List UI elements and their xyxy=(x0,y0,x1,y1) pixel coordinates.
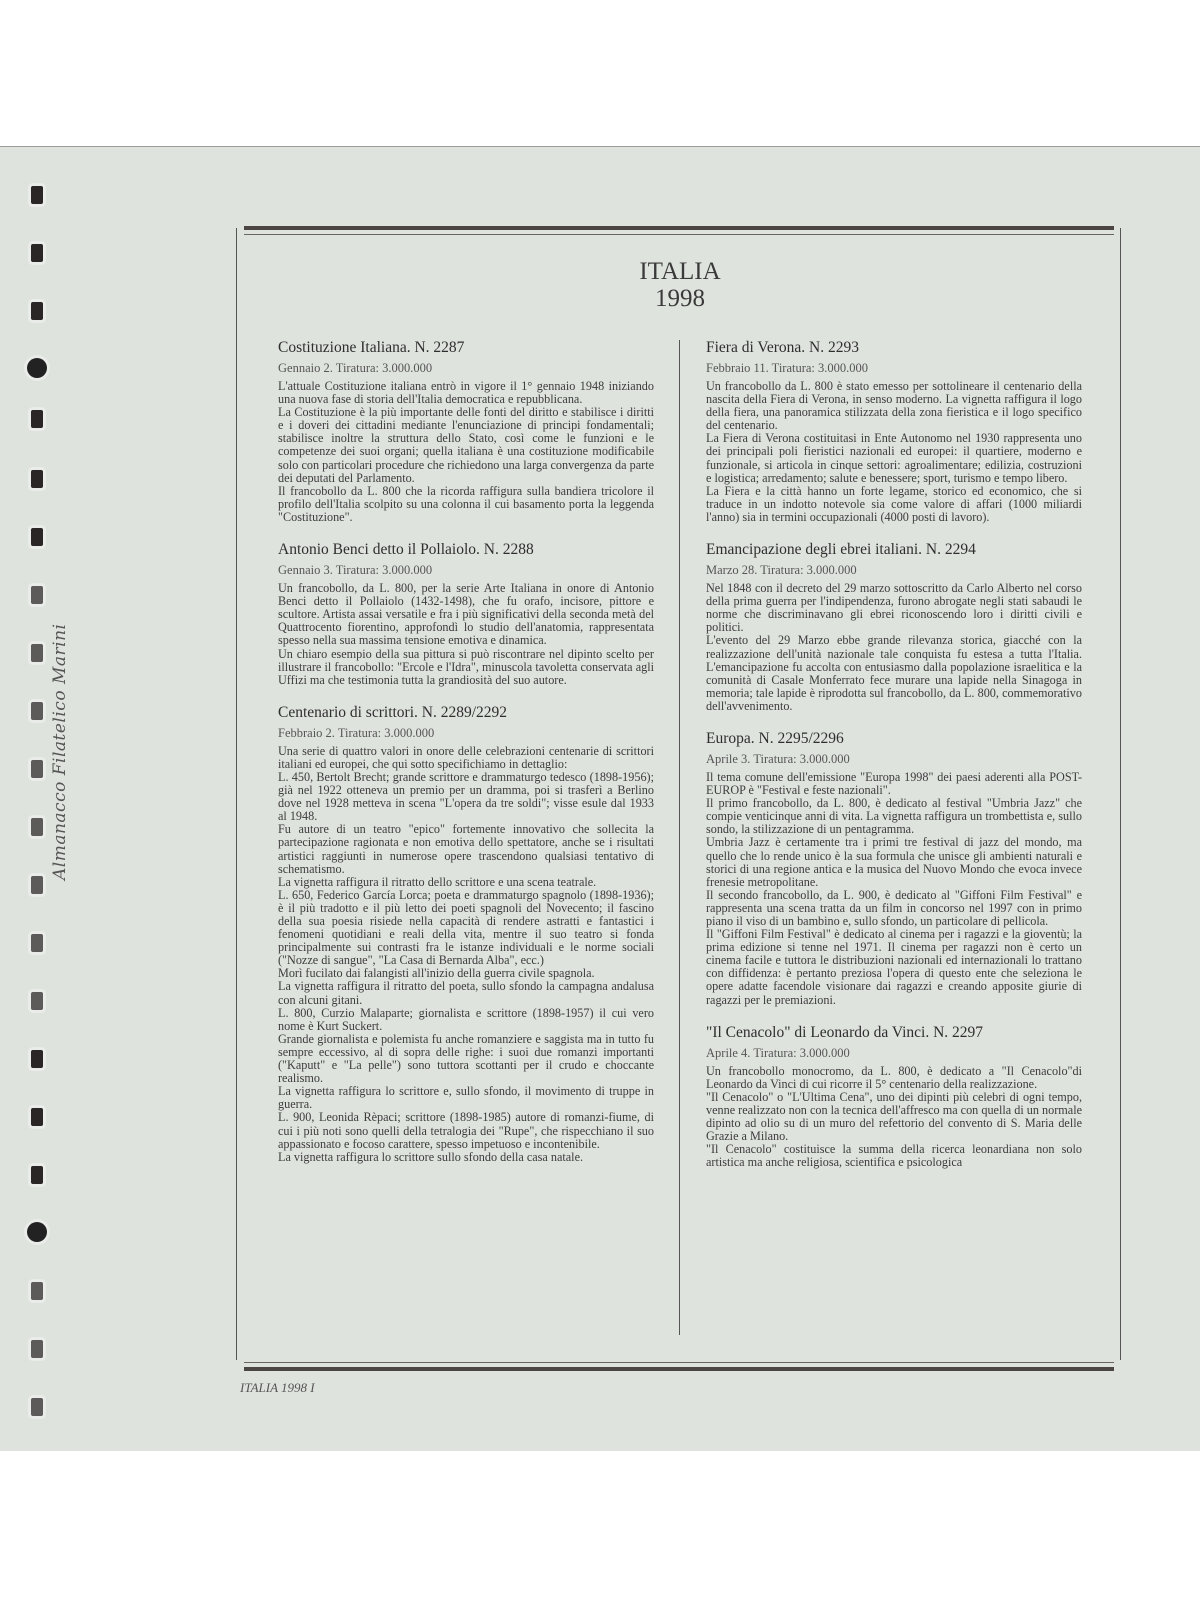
top-rule-thin xyxy=(244,234,1114,235)
issue-title: Fiera di Verona. N. 2293 xyxy=(706,338,1082,357)
description-paragraph: Il tema comune dell'emissione "Europa 19… xyxy=(706,771,1082,797)
description-paragraph: L'attuale Costituzione italiana entrò in… xyxy=(278,380,654,406)
binder-hole xyxy=(31,702,43,720)
issue-title: Europa. N. 2295/2296 xyxy=(706,729,1082,748)
issue-date-print-run: Marzo 28. Tiratura: 3.000.000 xyxy=(706,562,1082,578)
bottom-rule xyxy=(244,1367,1114,1371)
issue-description: Un francobollo monocromo, da L. 800, è d… xyxy=(706,1065,1082,1170)
issue-description: Un francobollo, da L. 800, per la serie … xyxy=(278,582,654,687)
issue-date-print-run: Gennaio 3. Tiratura: 3.000.000 xyxy=(278,562,654,578)
issue-description: Il tema comune dell'emissione "Europa 19… xyxy=(706,771,1082,1007)
stamp-issue-section: Centenario di scrittori. N. 2289/2292Feb… xyxy=(278,703,654,1164)
page-title: ITALIA 1998 xyxy=(560,258,800,312)
page-title-country: ITALIA xyxy=(560,258,800,285)
binder-hole xyxy=(31,818,43,836)
binder-hole-round xyxy=(27,358,47,378)
stamp-issue-section: Costituzione Italiana. N. 2287Gennaio 2.… xyxy=(278,338,654,524)
issue-title: Centenario di scrittori. N. 2289/2292 xyxy=(278,703,654,722)
issue-title: Antonio Benci detto il Pollaiolo. N. 228… xyxy=(278,540,654,559)
binder-hole xyxy=(31,1050,43,1068)
page-title-year: 1998 xyxy=(560,285,800,312)
binder-hole xyxy=(31,876,43,894)
description-paragraph: Il francobollo da L. 800 che la ricorda … xyxy=(278,485,654,524)
description-paragraph: Umbria Jazz è certamente tra i primi tre… xyxy=(706,836,1082,888)
description-paragraph: Fu autore di un teatro "epico" fortement… xyxy=(278,823,654,875)
binder-hole xyxy=(31,302,43,320)
binder-hole xyxy=(31,1398,43,1416)
issue-date-print-run: Febbraio 2. Tiratura: 3.000.000 xyxy=(278,725,654,741)
publisher-brand: Almanacco Filatelico Marini xyxy=(50,624,70,880)
description-paragraph: Un francobollo da L. 800 è stato emesso … xyxy=(706,380,1082,432)
issue-date-print-run: Aprile 4. Tiratura: 3.000.000 xyxy=(706,1045,1082,1061)
description-paragraph: La Fiera di Verona costituitasi in Ente … xyxy=(706,432,1082,484)
description-paragraph: "Il Cenacolo" costituisce la summa della… xyxy=(706,1143,1082,1169)
description-paragraph: Un francobollo monocromo, da L. 800, è d… xyxy=(706,1065,1082,1091)
binder-hole xyxy=(31,1166,43,1184)
issue-date-print-run: Gennaio 2. Tiratura: 3.000.000 xyxy=(278,360,654,376)
description-paragraph: La vignetta raffigura il ritratto dello … xyxy=(278,876,654,889)
page-footer: ITALIA 1998 I xyxy=(240,1380,315,1396)
description-paragraph: Un francobollo, da L. 800, per la serie … xyxy=(278,582,654,647)
description-paragraph: L. 800, Curzio Malaparte; giornalista e … xyxy=(278,1007,654,1033)
description-paragraph: Il primo francobollo, da L. 800, è dedic… xyxy=(706,797,1082,836)
issue-date-print-run: Febbraio 11. Tiratura: 3.000.000 xyxy=(706,360,1082,376)
description-paragraph: Il secondo francobollo, da L. 900, è ded… xyxy=(706,889,1082,928)
description-paragraph: La vignetta raffigura il ritratto del po… xyxy=(278,980,654,1006)
binder-hole-round xyxy=(27,1222,47,1242)
stamp-issue-section: Europa. N. 2295/2296Aprile 3. Tiratura: … xyxy=(706,729,1082,1007)
description-paragraph: L. 450, Bertolt Brecht; grande scrittore… xyxy=(278,771,654,823)
issue-title: "Il Cenacolo" di Leonardo da Vinci. N. 2… xyxy=(706,1023,1082,1042)
description-paragraph: L'evento del 29 Marzo ebbe grande rileva… xyxy=(706,634,1082,713)
description-paragraph: La vignetta raffigura lo scrittore sullo… xyxy=(278,1151,654,1164)
description-paragraph: "Il Cenacolo" o "L'Ultima Cena", uno dei… xyxy=(706,1091,1082,1143)
top-rule xyxy=(244,226,1114,230)
issue-date-print-run: Aprile 3. Tiratura: 3.000.000 xyxy=(706,751,1082,767)
binder-hole xyxy=(31,410,43,428)
issue-title: Emancipazione degli ebrei italiani. N. 2… xyxy=(706,540,1082,559)
binder-hole xyxy=(31,244,43,262)
description-paragraph: La Fiera e la città hanno un forte legam… xyxy=(706,485,1082,524)
binder-hole xyxy=(31,644,43,662)
binder-hole xyxy=(31,470,43,488)
binder-hole xyxy=(31,586,43,604)
binder-hole xyxy=(31,934,43,952)
issue-description: Un francobollo da L. 800 è stato emesso … xyxy=(706,380,1082,524)
description-paragraph: Un chiaro esempio della sua pittura si p… xyxy=(278,648,654,687)
issue-description: Nel 1848 con il decreto del 29 marzo sot… xyxy=(706,582,1082,713)
description-paragraph: Nel 1848 con il decreto del 29 marzo sot… xyxy=(706,582,1082,634)
stamp-issue-section: Fiera di Verona. N. 2293Febbraio 11. Tir… xyxy=(706,338,1082,524)
stamp-issue-section: "Il Cenacolo" di Leonardo da Vinci. N. 2… xyxy=(706,1023,1082,1170)
frame-left-line xyxy=(236,228,237,1360)
description-paragraph: Il "Giffoni Film Festival" è dedicato al… xyxy=(706,928,1082,1007)
binder-hole xyxy=(31,760,43,778)
issue-title: Costituzione Italiana. N. 2287 xyxy=(278,338,654,357)
frame-right-line xyxy=(1120,228,1121,1360)
description-paragraph: Una serie di quattro valori in onore del… xyxy=(278,745,654,771)
issue-description: Una serie di quattro valori in onore del… xyxy=(278,745,654,1164)
left-column: Costituzione Italiana. N. 2287Gennaio 2.… xyxy=(278,338,654,1180)
binder-hole xyxy=(31,1282,43,1300)
binder-hole xyxy=(31,992,43,1010)
column-divider xyxy=(679,340,680,1335)
stamp-issue-section: Emancipazione degli ebrei italiani. N. 2… xyxy=(706,540,1082,713)
description-paragraph: L. 900, Leonida Rèpaci; scrittore (1898-… xyxy=(278,1111,654,1150)
bottom-rule-thin xyxy=(244,1362,1114,1363)
description-paragraph: Grande giornalista e polemista fu anche … xyxy=(278,1033,654,1085)
binder-hole xyxy=(31,186,43,204)
binder-hole xyxy=(31,1340,43,1358)
binder-hole xyxy=(31,1108,43,1126)
description-paragraph: La Costituzione è la più importante dell… xyxy=(278,406,654,485)
binder-hole xyxy=(31,528,43,546)
issue-description: L'attuale Costituzione italiana entrò in… xyxy=(278,380,654,524)
right-column: Fiera di Verona. N. 2293Febbraio 11. Tir… xyxy=(706,338,1082,1185)
description-paragraph: L. 650, Federico García Lorca; poeta e d… xyxy=(278,889,654,968)
description-paragraph: La vignetta raffigura lo scrittore e, su… xyxy=(278,1085,654,1111)
stamp-issue-section: Antonio Benci detto il Pollaiolo. N. 228… xyxy=(278,540,654,687)
